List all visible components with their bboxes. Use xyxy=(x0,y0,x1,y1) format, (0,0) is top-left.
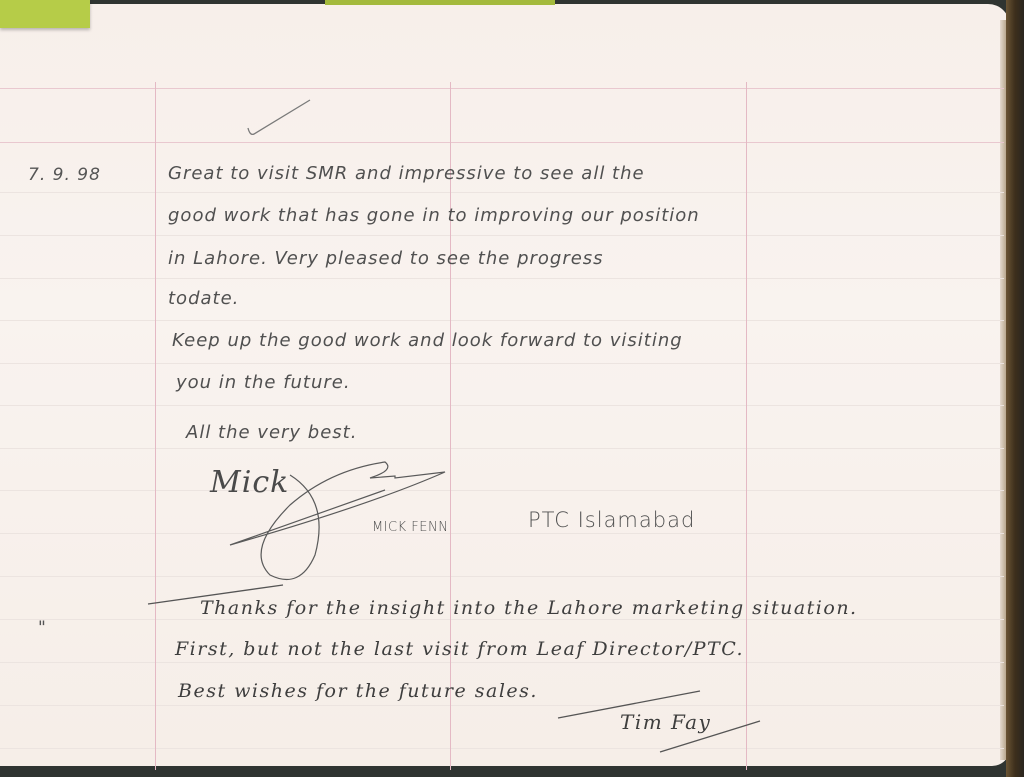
ruled-line xyxy=(0,448,1004,449)
ruled-line xyxy=(0,662,1004,663)
ruled-line xyxy=(0,619,1004,620)
entry-line: First, but not the last visit from Leaf … xyxy=(175,638,744,660)
signature-mick: Mick xyxy=(210,465,289,500)
margin-rule-date xyxy=(155,82,156,770)
ruled-line xyxy=(0,748,1004,749)
ruled-line xyxy=(0,320,1004,321)
ruled-line xyxy=(0,533,1004,534)
book-binding xyxy=(1006,0,1024,777)
affiliation: PTC Islamabad xyxy=(528,508,695,532)
entry-line: in Lahore. Very pleased to see the progr… xyxy=(168,248,604,269)
header-rule-bottom xyxy=(0,142,1004,143)
entry-line: Great to visit SMR and impressive to see… xyxy=(168,163,645,184)
entry-line: you in the future. xyxy=(176,372,351,393)
ruled-line xyxy=(0,192,1004,193)
header-rule-top xyxy=(0,88,1004,89)
entry-date: 7. 9. 98 xyxy=(28,165,101,185)
ruled-line xyxy=(0,576,1004,577)
printed-name: MICK FENN xyxy=(372,520,448,535)
column-rule-middle xyxy=(450,82,451,770)
entry-line: Thanks for the insight into the Lahore m… xyxy=(200,597,858,619)
entry-closing: All the very best. xyxy=(186,422,357,443)
ruled-line xyxy=(0,278,1004,279)
signature-tim-fay: Tim Fay xyxy=(620,710,711,734)
ruled-line xyxy=(0,363,1004,364)
entry-line: todate. xyxy=(168,288,239,309)
entry-line: Best wishes for the future sales. xyxy=(178,680,538,702)
ruled-line xyxy=(0,490,1004,491)
entry-line: Keep up the good work and look forward t… xyxy=(172,330,683,351)
entry-line: good work that has gone in to improving … xyxy=(168,205,700,226)
ruled-line xyxy=(0,705,1004,706)
sticky-note-tab xyxy=(0,0,90,28)
column-rule-right xyxy=(746,82,747,770)
sticky-note-tab-secondary xyxy=(325,0,555,5)
entry-date-ditto: " xyxy=(38,618,47,638)
ruled-line xyxy=(0,235,1004,236)
ruled-line xyxy=(0,405,1004,406)
